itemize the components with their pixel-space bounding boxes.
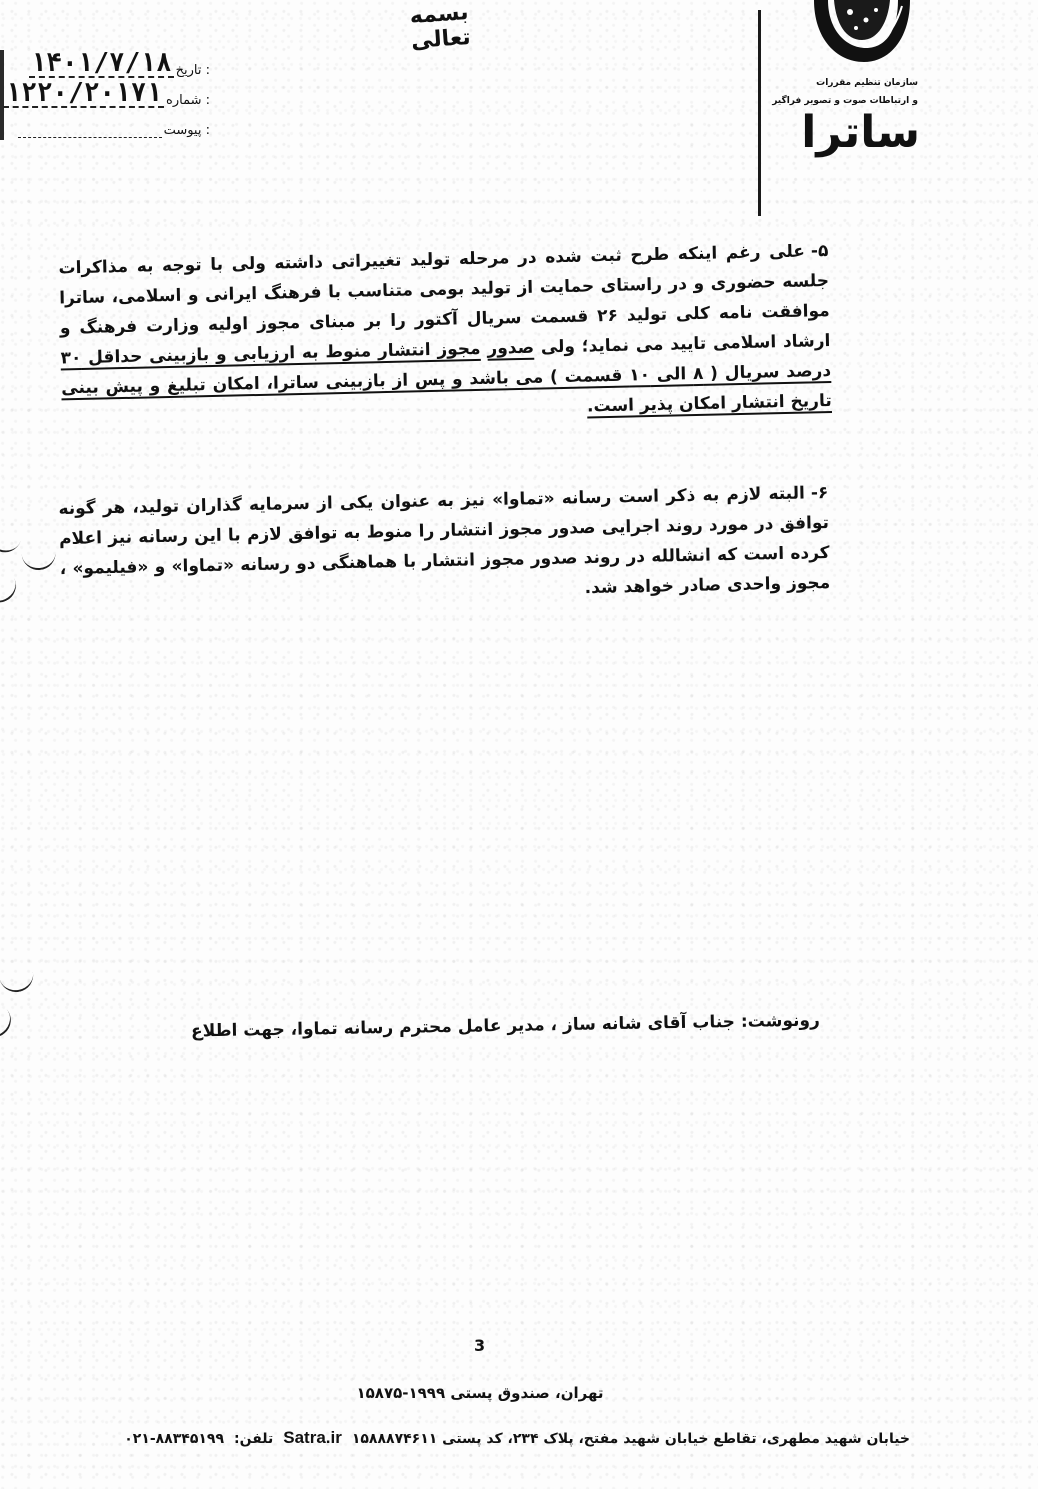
- footer-address: خیابان شهید مطهری، تقاطع خیابان شهید مفت…: [352, 1431, 910, 1447]
- hole-punch-mark: [0, 965, 36, 995]
- item-number: ۵-: [811, 241, 829, 261]
- satra-logo: سازمان تنظیم مقررات و ارتباطات صوت و تصو…: [800, 0, 924, 160]
- number-value: ۱۲۲۰/۲۰۱۷۱: [3, 80, 164, 108]
- hole-punch-mark: [0, 572, 21, 608]
- footer-website: Satra.ir: [283, 1428, 342, 1448]
- number-label: : شماره: [166, 93, 210, 108]
- item-number: ۶-: [811, 483, 829, 503]
- carbon-copy-line: رونوشت: جناب آقای شانه ساز ، مدیر عامل م…: [191, 1011, 820, 1042]
- logo-org-line-1: سازمان تنظیم مقررات: [816, 78, 918, 88]
- footer-address-line: خیابان شهید مطهری، تقاطع خیابان شهید مفت…: [60, 1428, 910, 1448]
- header-divider: [758, 10, 761, 216]
- body-item-5: ۵-علی رغم اینکه طرح ثبت شده در مرحله تول…: [58, 236, 832, 433]
- hole-punch-mark: [0, 523, 23, 557]
- letter-metadata: : تاریخ ۱۴۰۱/۷/۱۸ : شماره ۱۲۲۰/۲۰۱۷۱ : پ…: [0, 48, 210, 138]
- hole-punch-mark: [0, 1004, 18, 1044]
- footer-po-box: تهران، صندوق پستی ۱۹۹۹-۱۵۸۷۵: [330, 1384, 630, 1402]
- globe-emblem-icon: [806, 0, 916, 64]
- item-text: البته لازم به ذکر است رسانه «تماوا» نیز …: [58, 483, 830, 598]
- attachment-value: [18, 123, 162, 138]
- letter-page: بسمه تعالی : تاریخ ۱۴۰۱/۷/۱۸ : شماره ۱۲۲…: [0, 0, 1038, 1489]
- page-number: 3: [474, 1336, 485, 1355]
- item-text-underlined: صدور: [487, 338, 534, 359]
- body-item-6: ۶-البته لازم به ذکر است رسانه «تماوا» نی…: [58, 478, 830, 614]
- date-value: ۱۴۰۱/۷/۱۸: [29, 50, 174, 78]
- attachment-label: : پیوست: [164, 123, 210, 138]
- date-row: : تاریخ ۱۴۰۱/۷/۱۸: [0, 48, 210, 78]
- hole-punch-mark: [21, 545, 57, 572]
- attachment-row: : پیوست: [0, 108, 210, 138]
- logo-org-line-2: و ارتباطات صوت و تصویر فراگیر: [772, 96, 918, 106]
- footer-phone: ۰۲۱-۸۸۳۴۵۱۹۹: [124, 1431, 224, 1447]
- number-row: : شماره ۱۲۲۰/۲۰۱۷۱: [0, 78, 210, 108]
- invocation-heading: بسمه تعالی: [398, 0, 481, 55]
- logo-name: ساترا: [801, 108, 920, 158]
- date-label: : تاریخ: [176, 63, 210, 78]
- footer-phone-label: تلفن:: [234, 1431, 273, 1447]
